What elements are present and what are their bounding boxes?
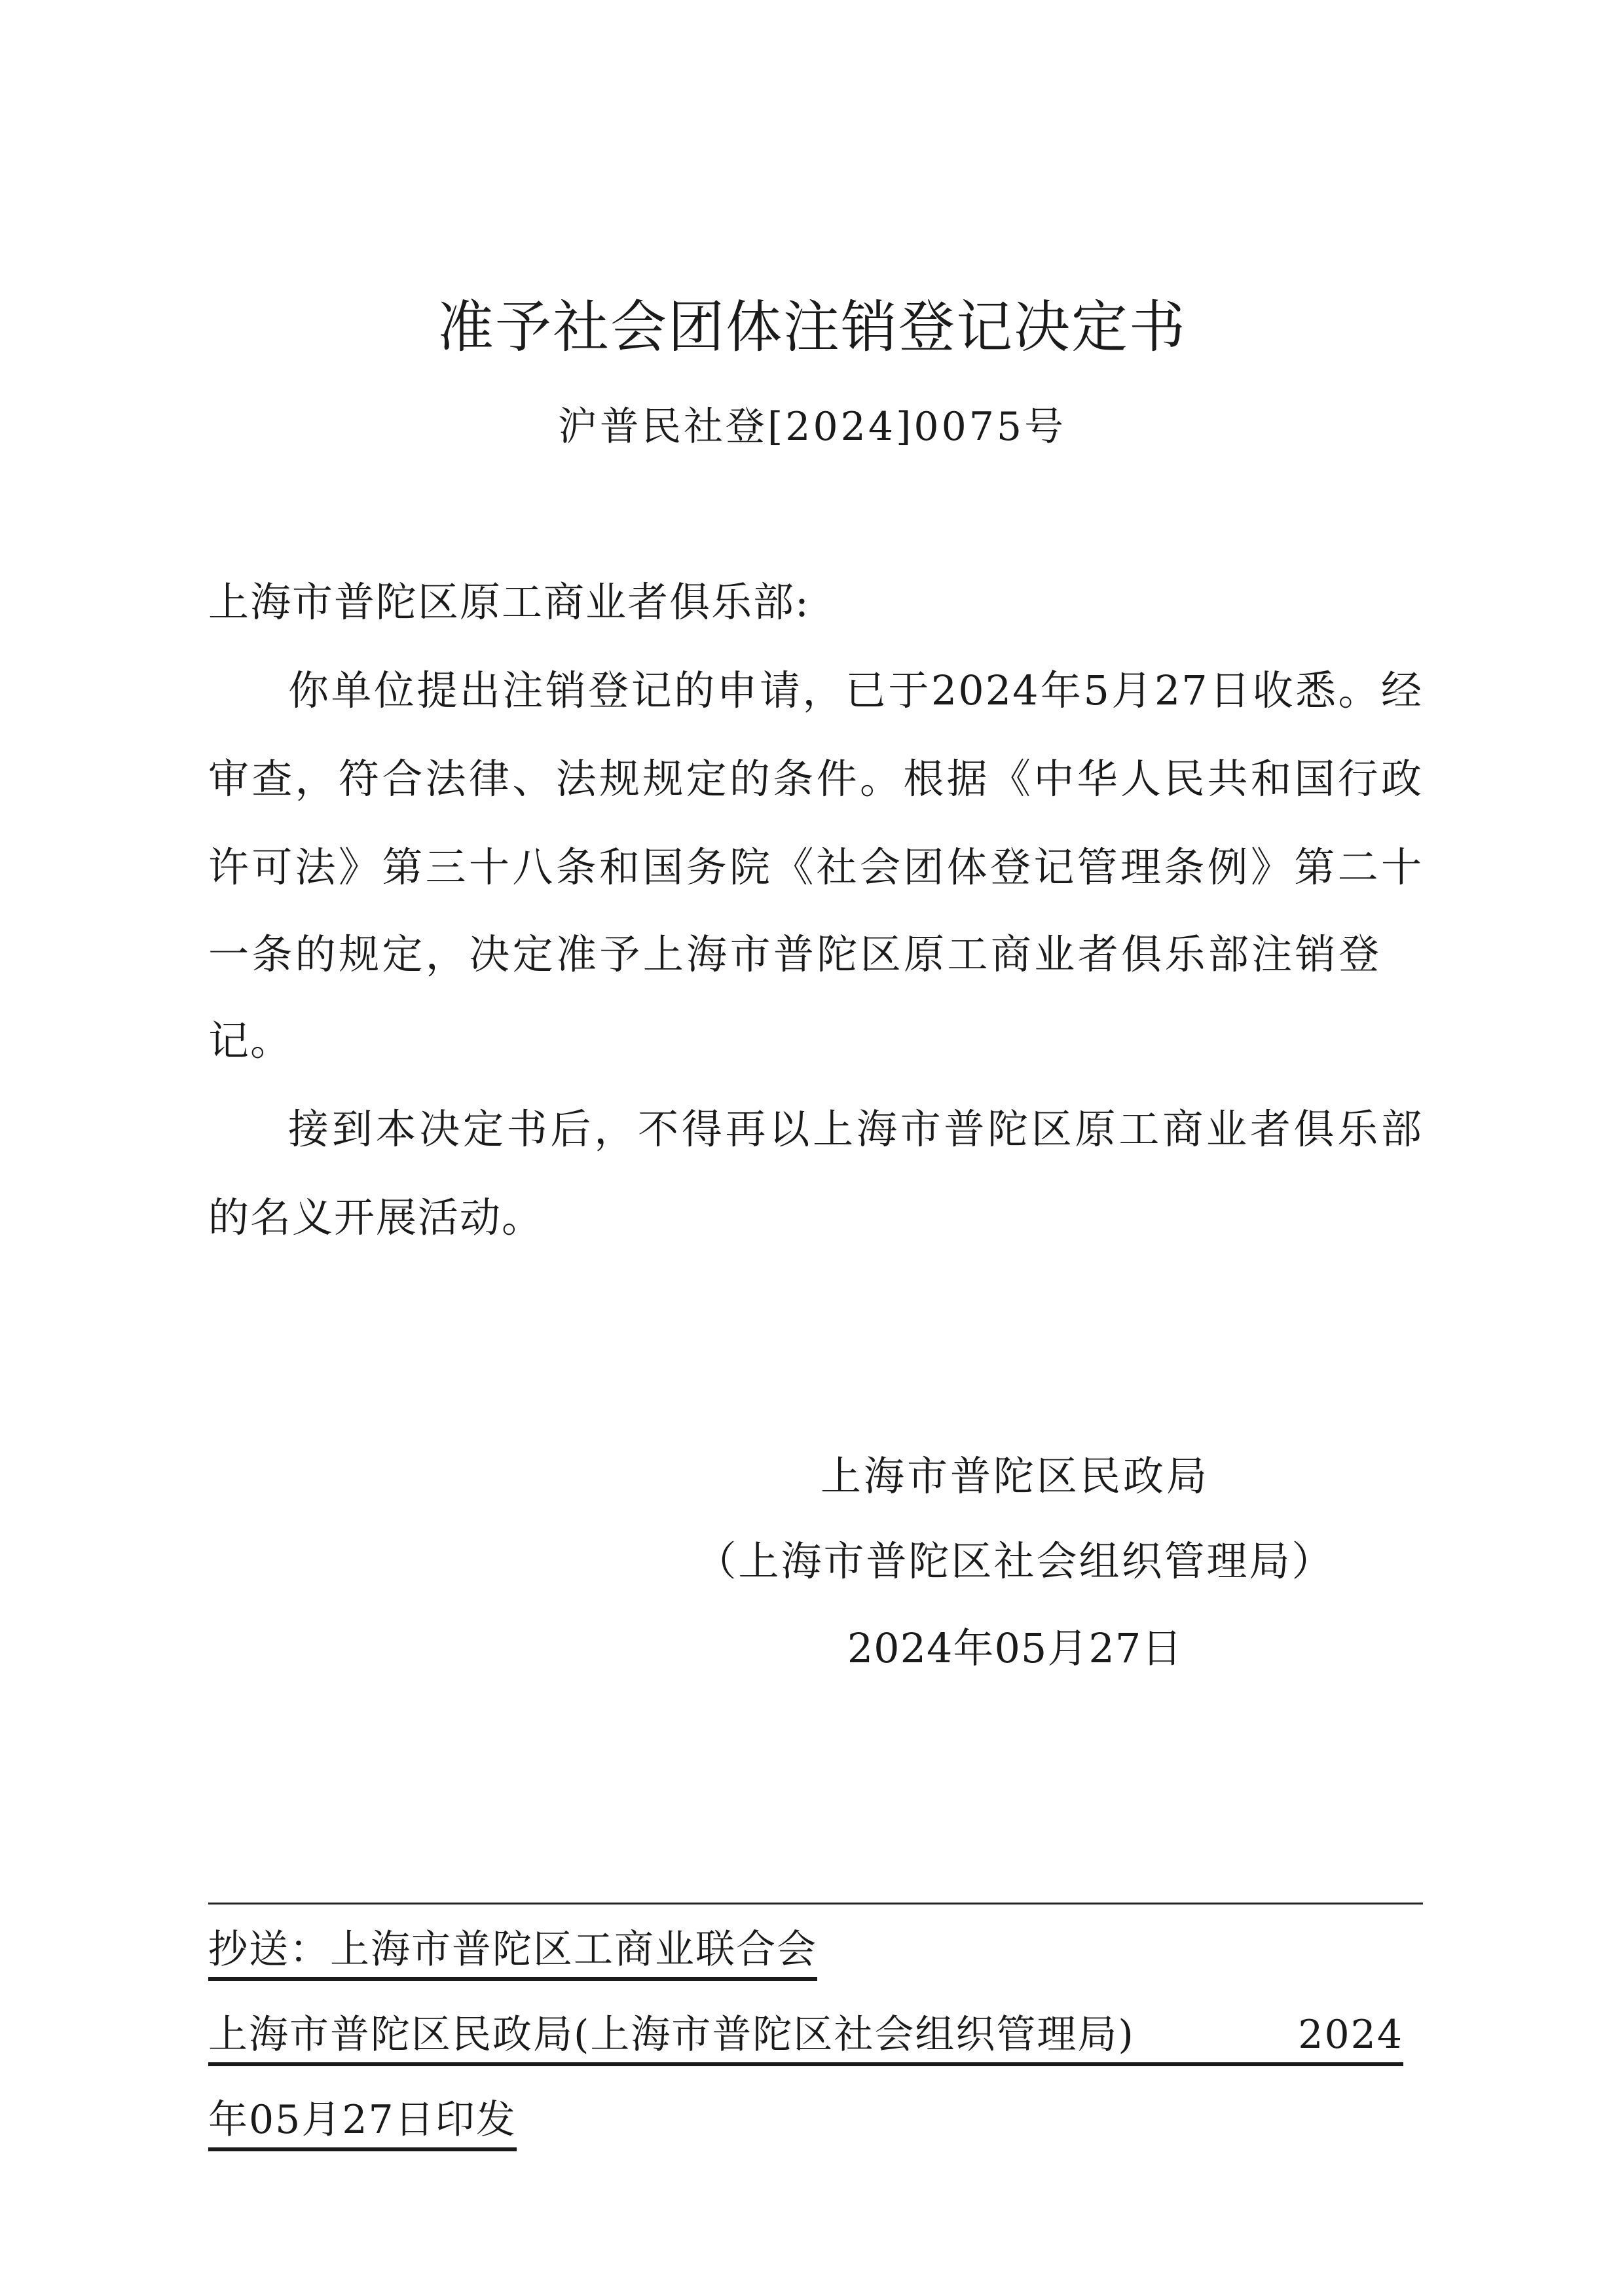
paragraph2-line: 接到本决定书后，不得再以上海市普陀区原工商业者俱乐部 (288, 1103, 1423, 1156)
cc-line: 抄送：上海市普陀区工商业联合会 (208, 1923, 817, 1981)
salutation: 上海市普陀区原工商业者俱乐部: (208, 576, 1423, 629)
signature-org: 上海市普陀区民政局 (812, 1450, 1218, 1503)
footer-divider (208, 1903, 1423, 1904)
signature-org-alt: （上海市普陀区社会组织管理局） (688, 1535, 1342, 1588)
paragraph1-line: 一条的规定，决定准予上海市普陀区原工商业者俱乐部注销登 (208, 928, 1380, 981)
document-title: 准予社会团体注销登记决定书 (0, 291, 1624, 363)
paragraph1-line: 审查，符合法律、法规规定的条件。根据《中华人民共和国行政 (208, 753, 1423, 805)
paragraph1-line: 记。 (208, 1015, 1423, 1067)
signature-date: 2024年05月27日 (845, 1622, 1185, 1675)
cc-recipient: 上海市普陀区工商业联合会 (330, 1927, 817, 1973)
paragraph1-line: 你单位提出注销登记的申请，已于2024年5月27日收悉。经 (288, 665, 1423, 717)
document-number: 沪普民社登[2024]0075号 (0, 401, 1624, 453)
cc-label: 抄送： (208, 1927, 330, 1973)
paragraph2-line: 的名义开展活动。 (208, 1192, 1423, 1244)
issuer-line: 上海市普陀区民政局(上海市普陀区社会组织管理局) 2024 (208, 2009, 1403, 2066)
issue-year: 2024 (1298, 2009, 1403, 2061)
issue-date-line: 年05月27日印发 (208, 2094, 517, 2151)
paragraph1-line: 许可法》第三十八条和国务院《社会团体登记管理条例》第二十 (208, 841, 1423, 894)
issuer: 上海市普陀区民政局(上海市普陀区社会组织管理局) (208, 2009, 1135, 2061)
